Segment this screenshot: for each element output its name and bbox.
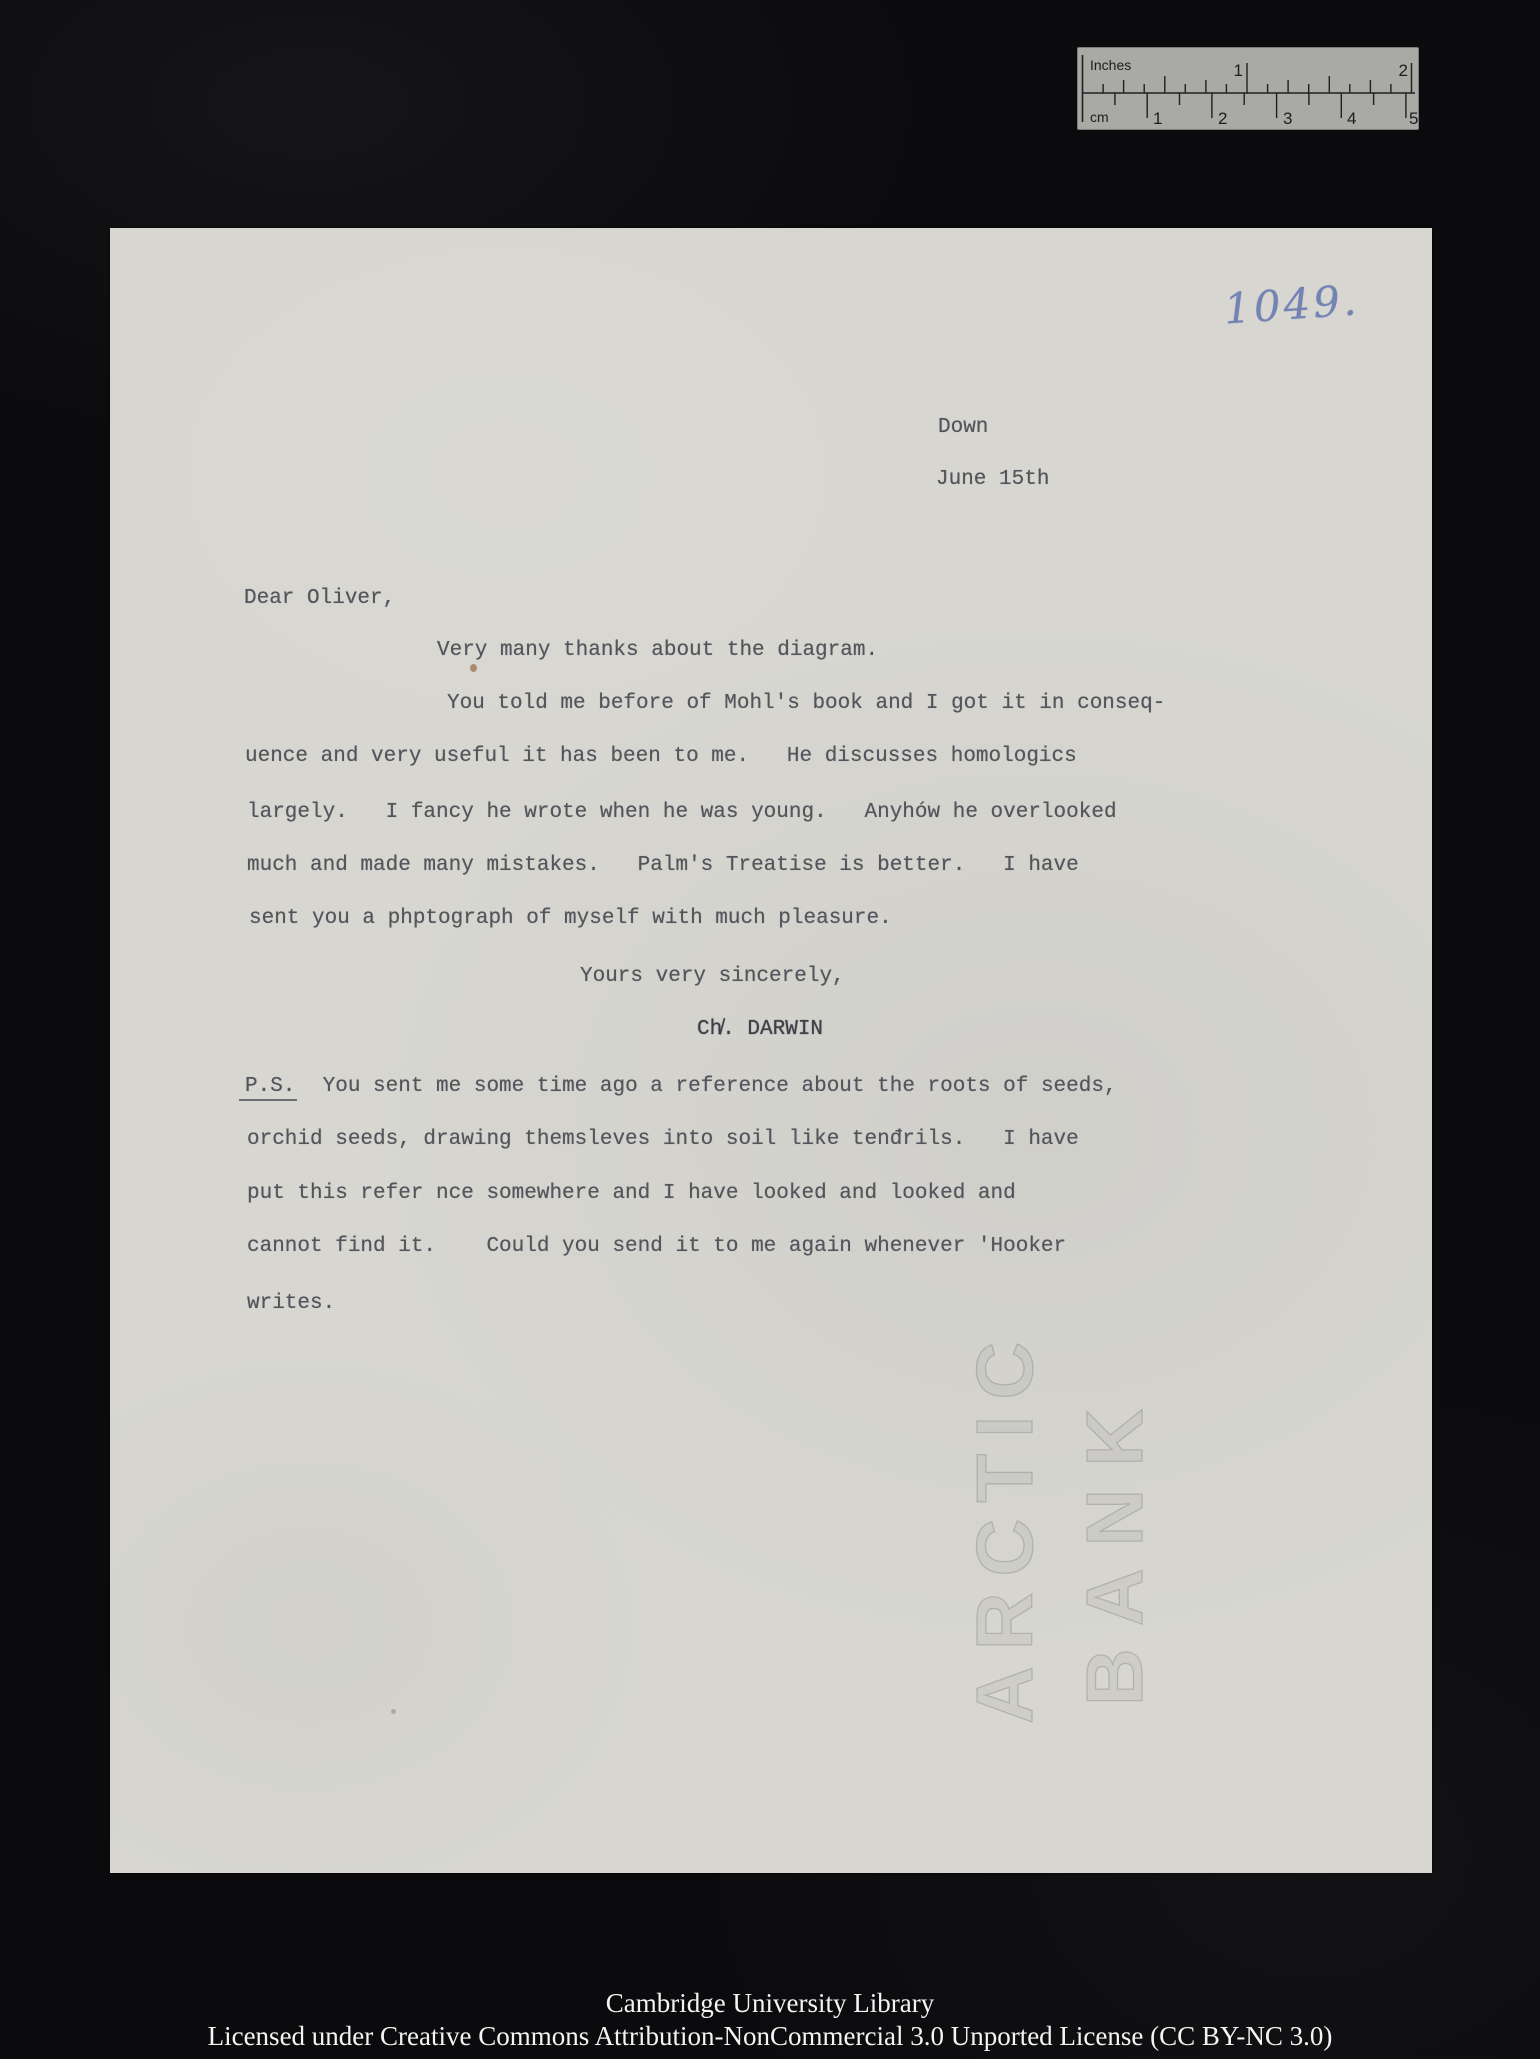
inch-number-2: 2 <box>1399 61 1408 80</box>
letter-page <box>110 228 1432 1873</box>
letter-salutation: Dear Oliver, <box>244 585 395 613</box>
cm-number-2: 2 <box>1218 109 1227 128</box>
footer-institution: Cambridge University Library <box>0 1988 1540 2019</box>
scan-canvas: Inches cm 1 2 1 2 3 4 5 1049. ARCTIC BAN… <box>0 0 1540 2059</box>
watermark-arctic: ARCTIC <box>959 1264 1051 1724</box>
letter-ps-line: writes. <box>247 1290 335 1318</box>
cm-number-5: 5 <box>1409 109 1418 128</box>
watermark-bank: BANK <box>1069 1326 1161 1706</box>
catalog-number-handwritten: 1049. <box>1222 275 1360 333</box>
paper-speck <box>391 1709 396 1714</box>
letter-closing: Yours very sincerely, <box>580 963 845 991</box>
measurement-ruler: Inches cm 1 2 1 2 3 4 5 <box>1077 47 1419 130</box>
letter-ps-line: cannot find it. Could you send it to me … <box>247 1233 1066 1261</box>
letter-signature: Ch̸. DARWIN <box>697 1016 823 1044</box>
letter-ps-line: put this refer nce somewhere and I have … <box>247 1180 1016 1208</box>
letter-body-line: largely. I fancy he wrote when he was yo… <box>247 799 1117 827</box>
letter-body-line: You told me before of Mohl's book and I … <box>447 690 1165 718</box>
cm-number-3: 3 <box>1283 109 1292 128</box>
paper-speck <box>470 664 477 672</box>
ruler-inches-label: Inches <box>1090 57 1131 73</box>
letter-body-line: sent you a phptograph of myself with muc… <box>249 905 892 933</box>
cm-number-4: 4 <box>1347 109 1356 128</box>
letter-date: June 15th <box>936 466 1049 494</box>
letter-body-line: Very many thanks about the diagram. <box>437 637 878 665</box>
inch-number-1: 1 <box>1234 61 1243 80</box>
letter-body-line: uence and very useful it has been to me.… <box>245 743 1077 771</box>
ps-text: You sent me some time ago a reference ab… <box>297 1075 1116 1098</box>
letter-ps-line: orchid seeds, drawing themsleves into so… <box>247 1126 1079 1154</box>
letter-place: Down <box>938 414 988 442</box>
footer-license: Licensed under Creative Commons Attribut… <box>0 2021 1540 2052</box>
cm-number-1: 1 <box>1153 109 1162 128</box>
ruler-cm-label: cm <box>1090 109 1109 125</box>
letter-body-line: much and made many mistakes. Palm's Trea… <box>247 852 1079 880</box>
ps-label: P.S. <box>239 1075 297 1101</box>
letter-ps-line: P.S. You sent me some time ago a referen… <box>239 1073 1117 1101</box>
